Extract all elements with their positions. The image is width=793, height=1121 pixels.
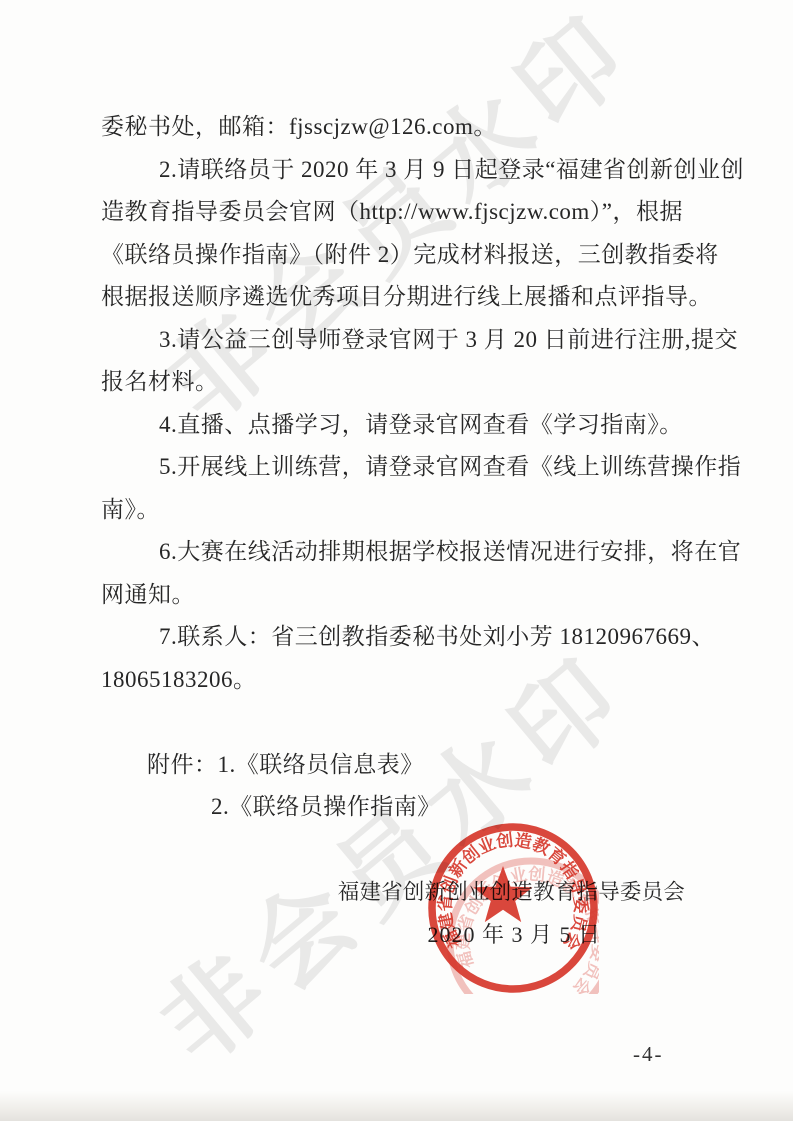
body-line: 18065183206。 — [101, 659, 705, 702]
body-line: 报名材料。 — [101, 361, 705, 404]
body-line: 5.开展线上训练营，请登录官网查看《线上训练营操作指 — [101, 446, 705, 489]
blank-line — [101, 829, 705, 872]
attachment-line-1: 附件：1.《联络员信息表》 — [101, 744, 705, 787]
signature-date: 2020 年 3 月 5 日 — [101, 914, 705, 957]
scanned-document-page: 非会员水印 非会员水印 委秘书处，邮箱：fjsscjzw@126.com。 2.… — [0, 0, 793, 1121]
body-line: 根据报送顺序遴选优秀项目分期进行线上展播和点评指导。 — [101, 276, 705, 319]
signature-organization: 福建省创新创业创造教育指导委员会 — [101, 871, 705, 914]
scan-edge-shadow — [0, 1091, 793, 1121]
body-line: 南》。 — [101, 489, 705, 532]
document-body: 委秘书处，邮箱：fjsscjzw@126.com。 2.请联络员于 2020 年… — [101, 106, 705, 956]
body-line: 网通知。 — [101, 574, 705, 617]
body-line: 3.请公益三创导师登录官网于 3 月 20 日前进行注册,提交 — [101, 319, 705, 362]
blank-line — [101, 701, 705, 744]
body-line: 委秘书处，邮箱：fjsscjzw@126.com。 — [101, 106, 705, 149]
page-number: -4- — [633, 1042, 664, 1067]
body-line: 《联络员操作指南》（附件 2）完成材料报送，三创教指委将 — [101, 234, 705, 277]
body-line: 2.请联络员于 2020 年 3 月 9 日起登录“福建省创新创业创 — [101, 149, 705, 192]
attachment-line-2: 2.《联络员操作指南》 — [101, 786, 705, 829]
body-line: 7.联系人：省三创教指委秘书处刘小芳 18120967669、 — [101, 616, 705, 659]
body-line: 4.直播、点播学习，请登录官网查看《学习指南》。 — [101, 404, 705, 447]
body-line: 造教育指导委员会官网（http://www.fjscjzw.com）”，根据 — [101, 191, 705, 234]
body-line: 6.大赛在线活动排期根据学校报送情况进行安排，将在官 — [101, 531, 705, 574]
